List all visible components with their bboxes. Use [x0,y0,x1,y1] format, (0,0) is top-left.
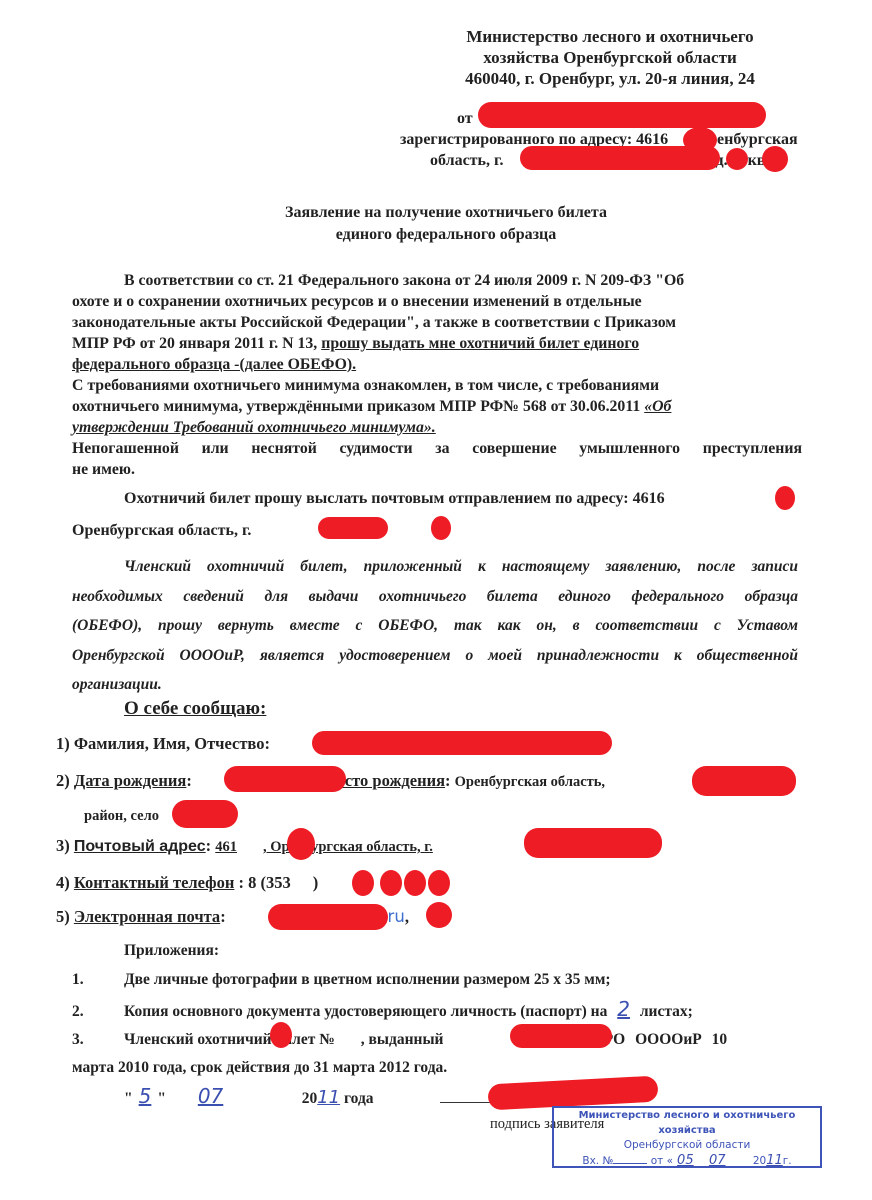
stamp-incoming-line: Вх. № от «05 07 2011г. [554,1153,820,1169]
email-comma: , [405,907,409,926]
redaction-phone-1 [352,870,374,896]
p1-line-5: федерального образца -(далее ОБЕФО). [72,354,802,375]
attachment-item-membership-line-2: марта 2010 года, срок действия до 31 мар… [72,1057,447,1078]
quote: " [124,1090,133,1107]
redaction-email-domain [426,902,452,928]
attachment-text: Копия основного документа удостоверяющег… [124,1003,611,1020]
p5-line-4: Оренбургской ООООиР, является удостовере… [72,641,798,671]
redaction-apartment [762,146,788,172]
about-heading: О себе сообщаю: [124,698,266,720]
item-number: 2) [56,771,70,790]
email-label: Электронная почта [74,907,220,926]
stamp-day: 05 [673,1153,698,1168]
about-item-postal-address: 3) Почтовый адрес: 461, Оренбургская обл… [56,835,583,858]
redaction-birth-district [692,766,796,796]
p3-line-2: не имею. [72,459,802,480]
recipient-line-1: Министерство лесного и охотничьего [420,26,800,47]
stamp-month: 07 [701,1153,750,1168]
p2-order-title-start: «Об [644,398,671,415]
phone-prefix: : 8 (353 [238,873,290,892]
stamp-year: 11 [766,1153,783,1168]
redaction-house [726,148,748,170]
p5-line-1: Членский охотничий билет, приложенный к … [72,552,798,582]
p1-line-3: законодательные акты Российской Федераци… [72,312,802,333]
redaction-postal-street [524,828,662,858]
recipient-address: 460040, г. Оренбург, ул. 20-я линия, 24 [420,68,800,89]
registered-city-label: область, г. [430,152,507,169]
birth-date-label: Дата рождения [74,771,186,790]
handwritten-sheet-count: 2 [611,997,636,1021]
full-name-label: Фамилия, Имя, Отчество: [74,734,270,753]
attachment-text: Две личные фотографии в цветном исполнен… [124,971,611,988]
p2-line-2: охотничьего минимума, утверждёнными прик… [72,396,802,417]
redaction-birth-village [172,800,238,828]
date-line: "5" 07 2011 года [124,1086,374,1109]
postal-code: 461 [215,839,237,855]
p4-line-1: Охотничий билет прошу выслать почтовым о… [124,488,665,509]
redaction-phone-3 [404,870,426,896]
attachment-text: Членский охотничий билет № [124,1031,335,1048]
attachment-text-mid: , выданный [361,1031,444,1048]
registered-region: ренбургская [708,131,798,148]
item-number: 3) [56,836,70,855]
birth-place-value: Оренбургская область, [455,774,605,790]
item-number: 3. [72,1029,124,1050]
redaction-email-user [268,904,388,930]
paragraph-membership-ticket: Членский охотничий билет, приложенный к … [72,552,798,700]
redaction-po-box [431,516,451,540]
p5-line-3: (ОБЕФО), прошу вернуть вместе с ОБЕФО, т… [72,611,798,641]
redaction-issuer [510,1024,612,1048]
paragraph-law-reference: В соответствии со ст. 21 Федерального за… [72,270,802,480]
redaction-applicant-name [478,102,766,128]
p4-region: Оренбургская область, г. [72,522,255,539]
phone-label: Контактный телефон [74,873,234,892]
handwritten-year: 11 [317,1087,340,1108]
stamp-line-2: Оренбургской области [554,1138,820,1153]
item-number: 4) [56,873,70,892]
redaction-phone-2 [380,870,402,896]
handwritten-day: 5 [133,1084,158,1108]
attachment-item-membership: 3.Членский охотничий билет №, выданныйки… [72,1029,727,1050]
year-word: года [344,1090,374,1107]
p2-line-3: утверждении Требований охотничьего миним… [72,417,802,438]
attachments-heading: Приложения: [124,940,219,961]
quote: " [157,1090,166,1107]
attachment-item-passport: 2.Копия основного документа удостоверяющ… [72,999,693,1022]
redaction-birth-date [224,766,346,792]
redaction-postal-code [287,828,315,860]
redaction-phone-4 [428,870,450,896]
postal-address-label: Почтовый адрес [74,838,206,855]
birth-place-line-2: район, село [84,806,159,827]
incoming-number-label: Вх. № [582,1155,613,1167]
redaction-ticket-number [270,1022,292,1048]
registration-stamp: Министерство лесного и охотничьего хозяй… [552,1106,822,1168]
p1-line-4: МПР РФ от 20 января 2011 г. N 13, прошу … [72,333,802,354]
recipient-line-2: хозяйства Оренбургской области [420,47,800,68]
stamp-from-label: от « [651,1155,673,1167]
about-item-phone: 4) Контактный телефон : 8 (353) [56,872,318,893]
p2-line-2-text: охотничьего минимума, утверждёнными прик… [72,398,644,415]
redaction-street [520,146,720,170]
item-number: 1. [72,969,124,990]
phone-paren: ) [313,873,319,892]
title-line-1: Заявление на получение охотничьего билет… [60,202,832,224]
p3-line-1: Непогашенной или неснятой судимости за с… [72,438,802,459]
redaction-mail-city [318,517,388,539]
attachment-text-end: листах; [636,1003,693,1020]
stamp-line-1: Министерство лесного и охотничьего хозяй… [554,1108,820,1138]
from-label: от [457,108,473,129]
year-prefix: 20 [302,1090,318,1107]
item-number: 2. [72,1001,124,1022]
stamp-year-prefix: 20 [753,1155,766,1167]
handwritten-month: 07 [170,1086,298,1107]
p5-line-5: организации. [72,670,798,700]
stamp-year-unit: г. [783,1155,792,1167]
recipient-header: Министерство лесного и охотничьего хозяй… [420,26,800,89]
colon: : [186,771,192,790]
document-title: Заявление на получение охотничьего билет… [60,202,832,246]
title-line-2: единого федерального образца [60,224,832,246]
item-number: 5) [56,907,70,926]
p5-line-2: необходимых сведений для выдачи охотничь… [72,582,798,612]
redaction-mail-postcode [775,486,795,510]
redaction-full-name [312,731,612,755]
attachment-item-photos: 1.Две личные фотографии в цветном исполн… [72,969,611,990]
item-number: 1) [56,734,70,753]
p2-line-1: С требованиями охотничьего минимума озна… [72,375,802,396]
about-item-full-name: 1) Фамилия, Имя, Отчество: [56,733,270,754]
p1-line-4-text: МПР РФ от 20 января 2011 г. N 13, [72,335,321,352]
p1-request-text: прошу выдать мне охотничий билет единого [321,335,639,352]
p1-line-1: В соответствии со ст. 21 Федерального за… [72,270,802,291]
p1-line-2: охоте и о сохранении охотничьих ресурсов… [72,291,802,312]
